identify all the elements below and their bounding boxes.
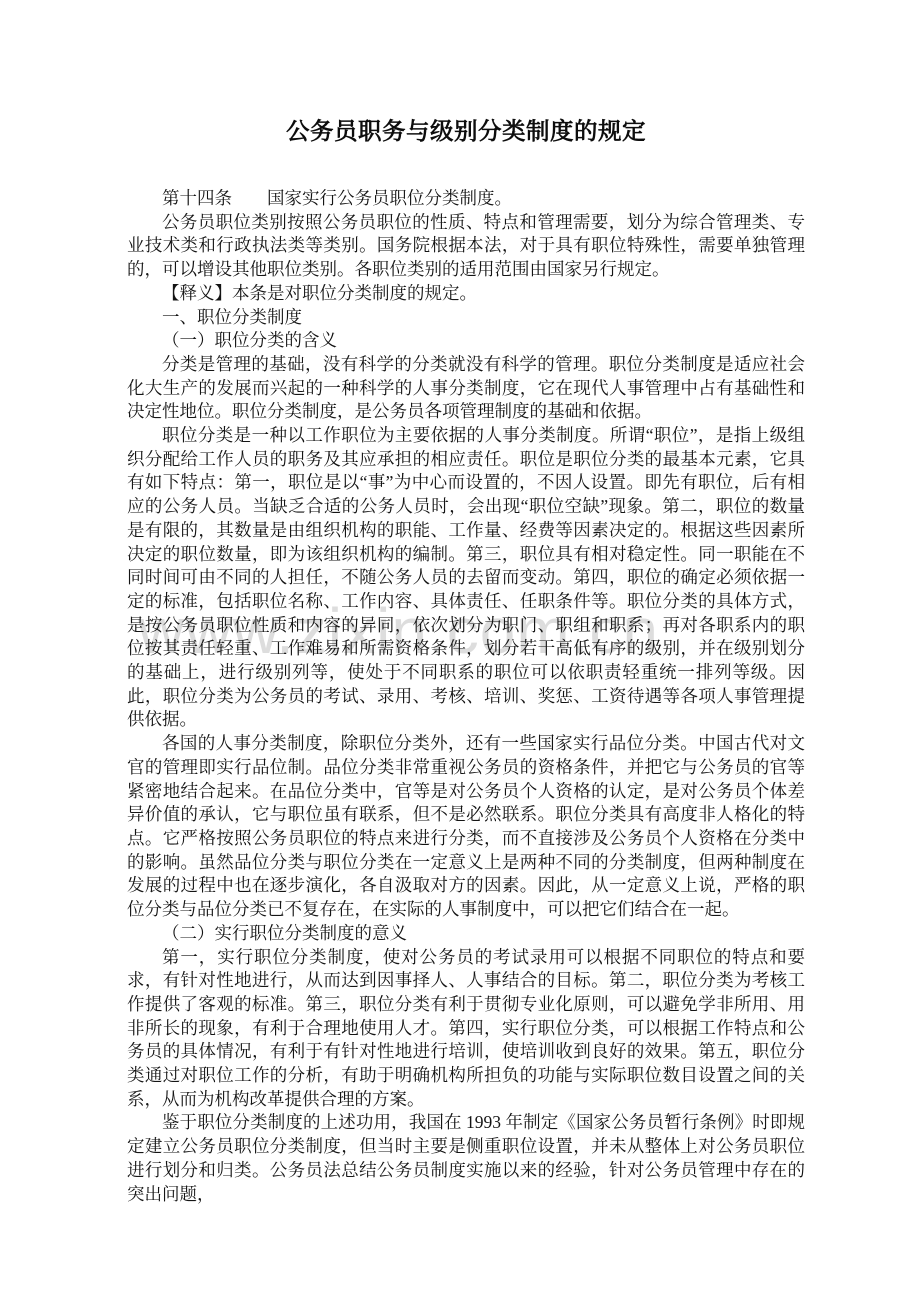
- paragraph-article: 第十四条 国家实行公务员职位分类制度。: [127, 187, 805, 211]
- heading-subsection-1-2: （二）实行职位分类制度的意义: [127, 922, 805, 946]
- heading-subsection-1-1: （一）职位分类的含义: [127, 329, 805, 353]
- paragraph-meaning-intro: 分类是管理的基础，没有科学的分类就没有科学的管理。职位分类制度是适应社会化大生产…: [127, 353, 805, 424]
- paragraph-history-1993: 鉴于职位分类制度的上述功用，我国在 1993 年制定《国家公务员暂行条例》时即规…: [127, 1111, 805, 1206]
- paragraph-position-def: 职位分类是一种以工作职位为主要依据的人事分类制度。所谓“职位”，是指上级组织分配…: [127, 424, 805, 732]
- paragraph-rank-class: 各国的人事分类制度，除职位分类外，还有一些国家实行品位分类。中国古代对文官的管理…: [127, 732, 805, 922]
- paragraph-article-body: 公务员职位类别按照公务员职位的性质、特点和管理需要，划分为综合管理类、专业技术类…: [127, 211, 805, 282]
- document-page: www.zixin.com.cn 公务员职务与级别分类制度的规定 第十四条 国家…: [0, 0, 920, 1302]
- paragraph-significance: 第一，实行职位分类制度，使对公务员的考试录用可以根据不同职位的特点和要求，有针对…: [127, 946, 805, 1112]
- paragraph-shiyi: 【释义】本条是对职位分类制度的规定。: [127, 282, 805, 306]
- heading-section-1: 一、职位分类制度: [127, 306, 805, 330]
- document-title: 公务员职务与级别分类制度的规定: [127, 116, 805, 146]
- document-content: 公务员职务与级别分类制度的规定 第十四条 国家实行公务员职位分类制度。 公务员职…: [127, 116, 805, 1206]
